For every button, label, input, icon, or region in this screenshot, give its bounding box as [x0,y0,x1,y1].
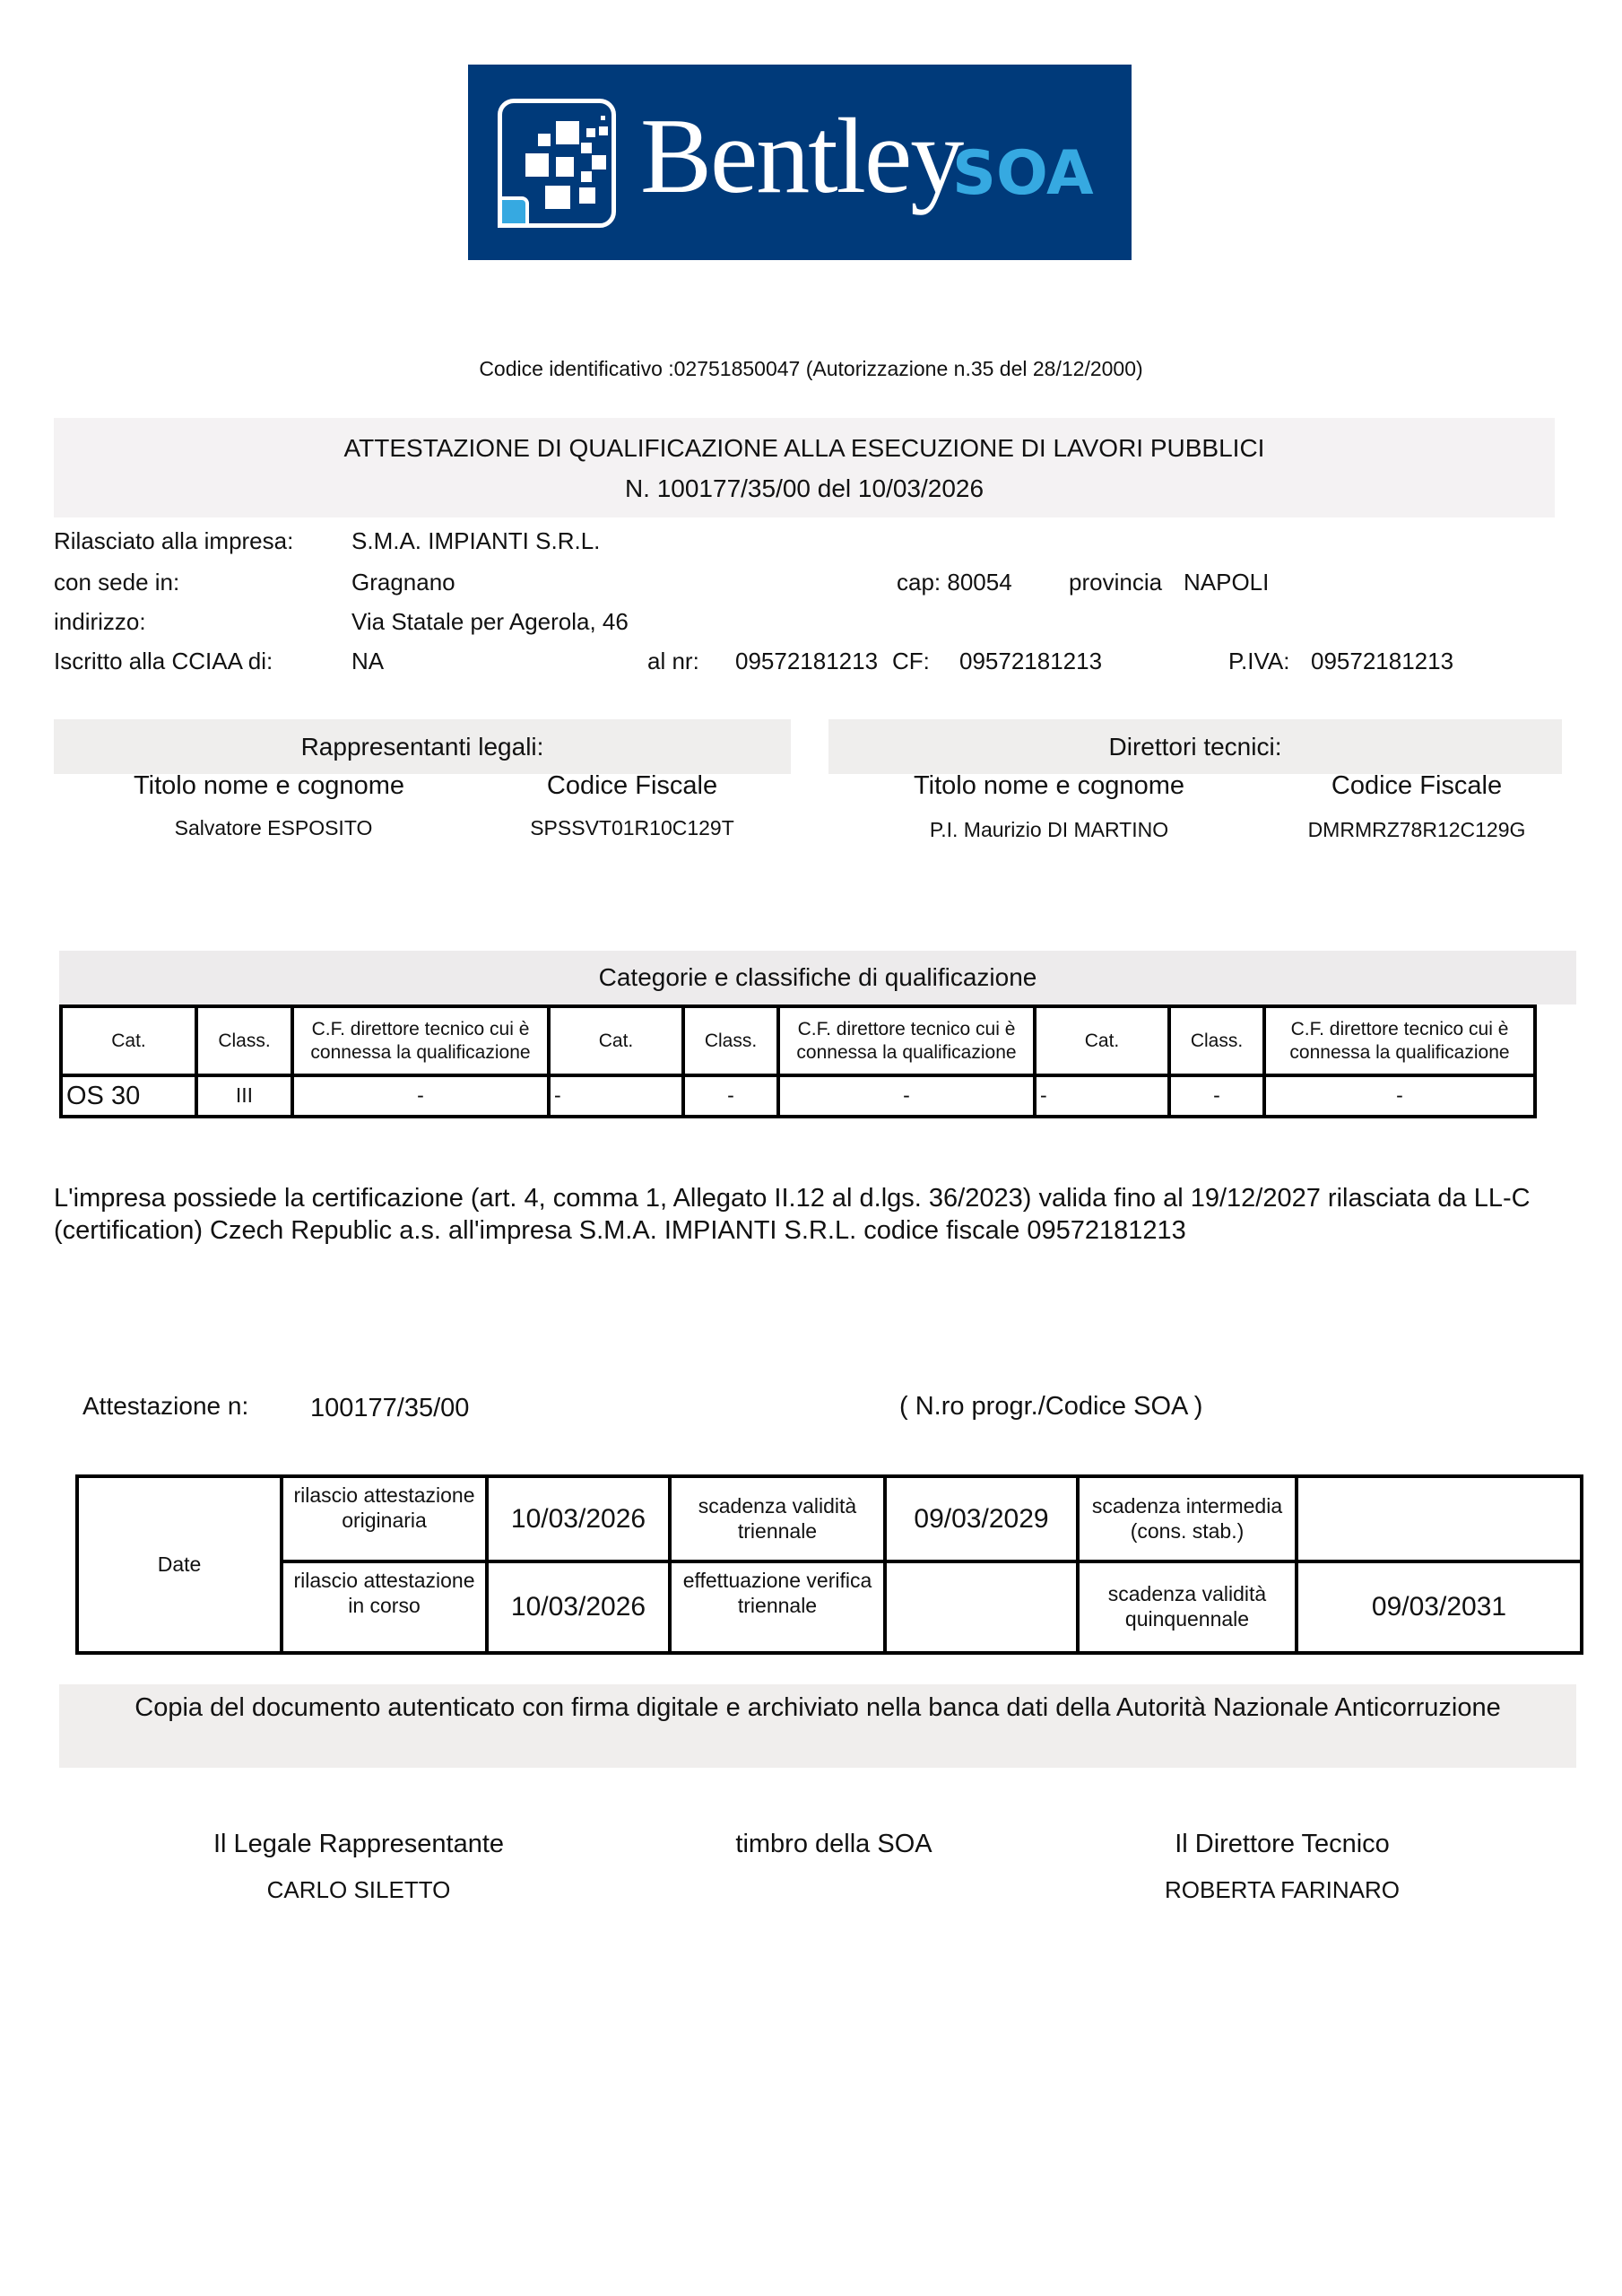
cell-cat: - [549,1075,683,1117]
table-row: OS 30 III - - - - - - - [61,1075,1535,1117]
triennial-check-label: effettuazione verifica triennale [670,1561,885,1653]
cell-cf-director: - [778,1075,1035,1117]
bentley-soa-logo-icon [498,99,616,228]
tech-directors-col-cf: Codice Fiscale [1273,771,1560,801]
certification-statement: L'impresa possiede la certificazione (ar… [54,1182,1578,1247]
nr-value: 09572181213 [735,648,878,675]
attestation-number: 100177/35/00 [310,1394,469,1423]
cciaa-label: Iscritto alla CCIAA di: [54,648,273,675]
cell-cf-director: - [1264,1075,1535,1117]
categories-header-row: Cat. Class. C.F. direttore tecnico cui è… [61,1006,1535,1075]
cell-class: - [1169,1075,1264,1117]
piva-label: P.IVA: [1228,648,1289,675]
cell-cat: - [1035,1075,1169,1117]
seat-value: Gragnano [351,569,455,596]
province-label: provincia [1069,569,1162,596]
col-header-cf-director: C.F. direttore tecnico cui è connessa la… [1264,1006,1535,1075]
authorization-code: Codice identificativo :02751850047 (Auto… [0,357,1622,381]
tech-director-name: P.I. Maurizio DI MARTINO [861,818,1237,842]
logo-brand-word: Bentley [640,102,962,210]
tech-directors-header: Direttori tecnici: [828,719,1562,774]
original-release-label: rilascio attestazione originaria [282,1476,487,1561]
issued-to-value: S.M.A. IMPIANTI S.R.L. [351,527,600,555]
categories-header: Categorie e classifiche di qualificazion… [59,951,1576,1004]
triennial-check-date [885,1561,1078,1653]
nr-label: al nr: [647,648,699,675]
cell-cf-director: - [292,1075,549,1117]
categories-title: Categorie e classifiche di qualificazion… [59,951,1576,1004]
attestation-code-note: ( N.ro progr./Codice SOA ) [899,1392,1202,1422]
cf-value: 09572181213 [959,648,1102,675]
cell-class: III [196,1075,292,1117]
legal-rep-name: Salvatore ESPOSITO [134,816,412,840]
document-title: ATTESTAZIONE DI QUALIFICAZIONE ALLA ESEC… [54,434,1555,463]
current-release-label: rilascio attestazione in corso [282,1561,487,1653]
col-header-cat: Cat. [549,1006,683,1075]
intermediate-expiry-label: scadenza intermedia (cons. stab.) [1078,1476,1297,1561]
legal-reps-col-cf: Codice Fiscale [498,771,767,801]
col-header-class: Class. [196,1006,292,1075]
legal-rep-signature-name: CARLO SILETTO [170,1876,547,1904]
dates-row-1: Date rilascio attestazione originaria 10… [77,1476,1582,1561]
bentley-soa-logo: Bentley SOA [468,65,1132,260]
categories-table: Cat. Class. C.F. direttore tecnico cui è… [59,1004,1537,1118]
dates-row-2: rilascio attestazione in corso 10/03/202… [77,1561,1582,1653]
col-header-cat: Cat. [61,1006,196,1075]
col-header-class: Class. [683,1006,778,1075]
dates-table: Date rilascio attestazione originaria 10… [75,1474,1583,1655]
triennial-expiry-date: 09/03/2029 [885,1476,1078,1561]
intermediate-expiry-date [1297,1476,1582,1561]
logo-brand-suffix: SOA [952,143,1094,204]
tech-director-signature-label: Il Direttore Tecnico [1094,1830,1470,1859]
cf-label: CF: [892,648,930,675]
province-value: NAPOLI [1184,569,1269,596]
anac-notice-text: Copia del documento autenticato con firm… [59,1693,1576,1723]
current-release-date: 10/03/2026 [487,1561,670,1653]
document-number: N. 100177/35/00 del 10/03/2026 [54,474,1555,503]
col-header-cat: Cat. [1035,1006,1169,1075]
tech-directors-col-name: Titolo nome e cognome [861,771,1237,801]
col-header-cf-director: C.F. direttore tecnico cui è connessa la… [292,1006,549,1075]
cell-class: - [683,1075,778,1117]
anac-notice-band: Copia del documento autenticato con firm… [59,1684,1576,1768]
triennial-expiry-label: scadenza validità triennale [670,1476,885,1561]
legal-rep-signature-label: Il Legale Rappresentante [170,1830,547,1859]
cap-value: cap: 80054 [897,569,1012,596]
quinquennial-expiry-date: 09/03/2031 [1297,1561,1582,1653]
tech-directors-title: Direttori tecnici: [828,719,1562,774]
address-label: indirizzo: [54,608,146,636]
cell-cat: OS 30 [61,1075,196,1117]
col-header-class: Class. [1169,1006,1264,1075]
legal-reps-header: Rappresentanti legali: [54,719,791,774]
legal-reps-col-name: Titolo nome e cognome [90,771,448,801]
soa-stamp-label: timbro della SOA [699,1830,968,1859]
title-band: ATTESTAZIONE DI QUALIFICAZIONE ALLA ESEC… [54,418,1555,517]
legal-reps-title: Rappresentanti legali: [54,719,791,774]
piva-value: 09572181213 [1311,648,1453,675]
quinquennial-expiry-label: scadenza validità quinquennale [1078,1561,1297,1653]
dates-row-header: Date [77,1476,282,1653]
tech-director-cf: DMRMRZ78R12C129G [1273,818,1560,842]
seat-label: con sede in: [54,569,179,596]
original-release-date: 10/03/2026 [487,1476,670,1561]
issued-to-label: Rilasciato alla impresa: [54,527,293,555]
legal-rep-cf: SPSSVT01R10C129T [498,816,767,840]
cciaa-value: NA [351,648,384,675]
address-value: Via Statale per Agerola, 46 [351,608,629,636]
col-header-cf-director: C.F. direttore tecnico cui è connessa la… [778,1006,1035,1075]
tech-director-signature-name: ROBERTA FARINARO [1094,1876,1470,1904]
attestation-label: Attestazione n: [82,1392,248,1421]
